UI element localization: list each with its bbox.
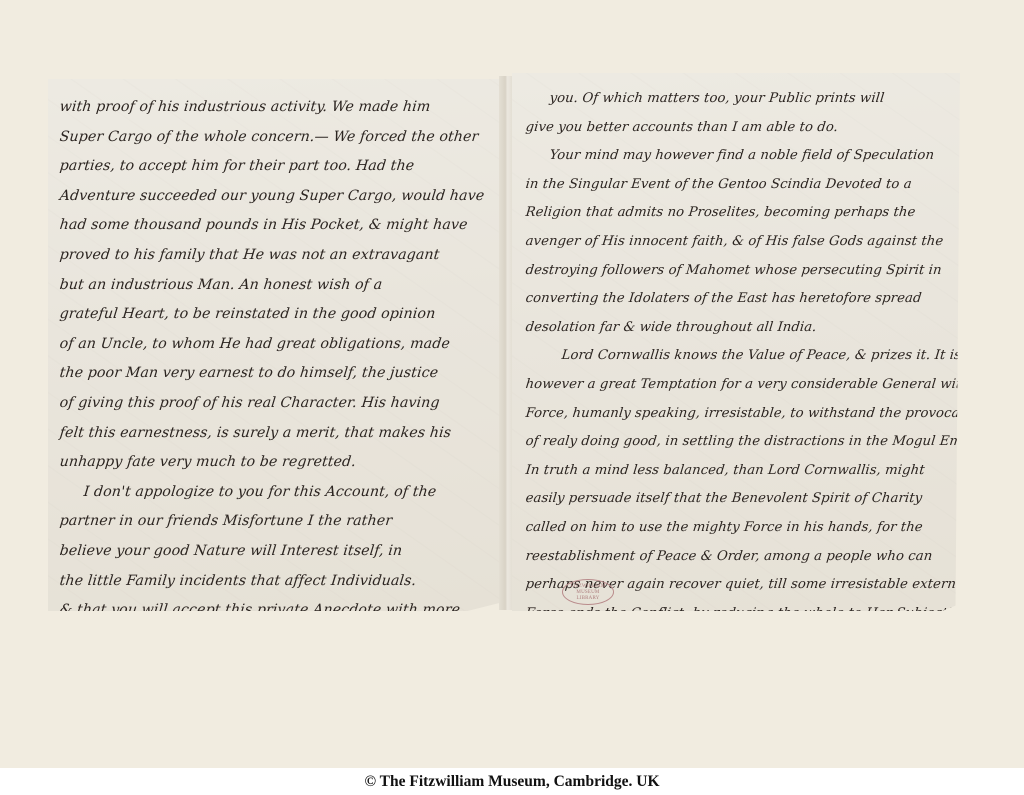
stamp-text: LIBRARY [563, 596, 613, 602]
manuscript-line: grateful Heart, to be reinstated in the … [58, 300, 499, 330]
manuscript-line: however a great Temptation for a very co… [524, 371, 955, 400]
handwritten-text-right: you. Of which matters too, your Public p… [524, 85, 952, 611]
manuscript-line: had some thousand pounds in His Pocket, … [58, 211, 499, 241]
manuscript-line: with proof of his industrious activity. … [58, 93, 499, 123]
manuscript-line: destroying followers of Mahomet whose pe… [524, 257, 955, 286]
library-stamp: FITZWILLIAM MUSEUM LIBRARY [562, 579, 614, 605]
letter-page-right: you. Of which matters too, your Public p… [512, 73, 960, 611]
manuscript-line: parties, to accept him for their part to… [58, 152, 499, 182]
manuscript-line: the little Family incidents that affect … [58, 567, 499, 597]
letter-page-left: with proof of his industrious activity. … [48, 79, 504, 611]
manuscript-line-paragraph-start: Your mind may however find a noble field… [524, 142, 955, 171]
manuscript-line: In truth a mind less balanced, than Lord… [524, 457, 955, 486]
manuscript-line: in the Singular Event of the Gentoo Scin… [524, 171, 955, 200]
manuscript-line: converting the Idolaters of the East has… [524, 285, 955, 314]
manuscript-line: Super Cargo of the whole concern.— We fo… [58, 123, 499, 153]
manuscript-line-paragraph-start: Lord Cornwallis knows the Value of Peace… [524, 342, 955, 371]
manuscript-line: Force, humanly speaking, irresistable, t… [524, 400, 955, 429]
manuscript-line: & that you will accept this private Anec… [58, 596, 499, 611]
manuscript-line: but an industrious Man. An honest wish o… [58, 271, 499, 301]
manuscript-line-paragraph-start: I don't appologize to you for this Accou… [58, 478, 499, 508]
manuscript-line: of giving this proof of his real Charact… [58, 389, 499, 419]
copyright-caption: © The Fitzwilliam Museum, Cambridge. UK [0, 768, 1024, 795]
manuscript-line: believe your good Nature will Interest i… [58, 537, 499, 567]
manuscript-line: give you better accounts than I am able … [524, 114, 955, 143]
manuscript-line: of an Uncle, to whom He had great obliga… [58, 330, 499, 360]
handwritten-text-left: with proof of his industrious activity. … [58, 93, 496, 611]
manuscript-line: desolation far & wide throughout all Ind… [524, 314, 955, 343]
manuscript-line: called on him to use the mighty Force in… [524, 514, 955, 543]
manuscript-line: unhappy fate very much to be regretted. [58, 448, 499, 478]
manuscript-line: felt this earnestness, is surely a merit… [58, 419, 499, 449]
manuscript-line: proved to his family that He was not an … [58, 241, 499, 271]
manuscript-line: Adventure succeeded our young Super Carg… [58, 182, 499, 212]
manuscript-line: partner in our friends Misfortune I the … [58, 507, 499, 537]
manuscript-line: Religion that admits no Proselites, beco… [524, 199, 955, 228]
page-fold-gutter [499, 76, 513, 610]
manuscript-line: the poor Man very earnest to do himself,… [58, 359, 499, 389]
manuscript-line: reestablishment of Peace & Order, among … [524, 543, 955, 572]
manuscript-line: easily persuade itself that the Benevole… [524, 485, 955, 514]
manuscript-line: you. Of which matters too, your Public p… [524, 85, 955, 114]
manuscript-line: avenger of His innocent faith, & of His … [524, 228, 955, 257]
manuscript-line: of realy doing good, in settling the dis… [524, 428, 955, 457]
